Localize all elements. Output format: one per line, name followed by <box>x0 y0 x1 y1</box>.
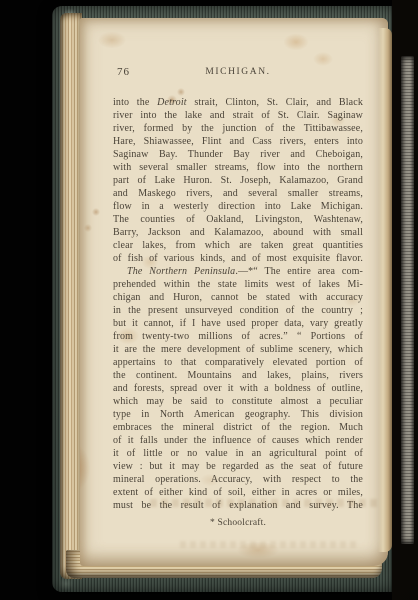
text-run: it are the mere development of sublime s… <box>113 344 363 355</box>
text-run: into the <box>113 97 157 108</box>
text-line: river, formed by the junction of the Tit… <box>113 122 363 135</box>
text-run: it of little or no value in an agricultu… <box>113 448 363 459</box>
page-header: 76 MICHIGAN. <box>113 66 363 80</box>
text-line: the continent. Mountains and lakes, plai… <box>113 369 363 382</box>
text-run: Hare, Shiawassee, Flint and Cass rivers,… <box>113 136 363 147</box>
text-run: and Maskego rivers, and several smaller … <box>113 188 363 199</box>
text-run: clear lakes, from which are taken great … <box>113 240 363 251</box>
body-text: into the Detroit strait, Clinton, St. Cl… <box>113 96 363 512</box>
text-run: extent of either kind of soil, either in… <box>113 487 363 498</box>
text-line: but it cannot, if I have used proper dat… <box>113 317 363 330</box>
text-line: mineral operations. Accuracy, with respe… <box>113 473 363 486</box>
book-page: 76 MICHIGAN. into the Detroit strait, Cl… <box>80 18 388 566</box>
footnote: * Schoolcraft. <box>113 518 363 528</box>
text-run: the continent. Mountains and lakes, plai… <box>113 370 363 381</box>
text-line: Hare, Shiawassee, Flint and Cass rivers,… <box>113 135 363 148</box>
italic-text-run: Detroit <box>157 97 187 108</box>
text-line: embraces the mineral district of the reg… <box>113 421 363 434</box>
text-run: mineral operations. Accuracy, with respe… <box>113 474 363 485</box>
text-run: Saginaw Bay. Thunder Bay river and Chebo… <box>113 149 363 160</box>
text-line: it are the mere development of sublime s… <box>113 343 363 356</box>
text-line: and Maskego rivers, and several smaller … <box>113 187 363 200</box>
text-run: of fish of various kinds, and of most ex… <box>113 253 363 264</box>
text-line: in the present unsurveyed condition of t… <box>113 304 363 317</box>
text-run: The counties of Oakland, Livingston, Was… <box>113 214 363 225</box>
text-line: and forests, spread over it with a boldn… <box>113 382 363 395</box>
text-line: prehended within the state limits west o… <box>113 278 363 291</box>
text-run: prehended within the state limits west o… <box>113 279 363 290</box>
facing-page-sliver <box>401 56 414 544</box>
running-head: MICHIGAN. <box>113 67 363 77</box>
text-line: The counties of Oakland, Livingston, Was… <box>113 213 363 226</box>
text-run: river, formed by the junction of the Tit… <box>113 123 363 134</box>
text-run: from twenty-two millions of acres.” “ Po… <box>113 331 363 342</box>
text-run: .—*“ The entire area com- <box>235 266 363 277</box>
text-run: flow in a westerly direction into Lake M… <box>113 201 363 212</box>
text-line: type in North American geography. This d… <box>113 408 363 421</box>
text-run: with several smaller streams, flow into … <box>113 162 363 173</box>
text-line: into the Detroit strait, Clinton, St. Cl… <box>113 96 363 109</box>
text-run: Barry, Jackson and Kalamazoo, abound wit… <box>113 227 363 238</box>
italic-text-run: The Northern Peninsula <box>127 266 235 277</box>
text-line: clear lakes, from which are taken great … <box>113 239 363 252</box>
text-line: from twenty-two millions of acres.” “ Po… <box>113 330 363 343</box>
text-run: appertains to that comparatively elevate… <box>113 357 363 368</box>
text-line: of fish of various kinds, and of most ex… <box>113 252 363 265</box>
text-line: view : but it may be regarded as the sea… <box>113 460 363 473</box>
text-run: which may be said to constitute almost a… <box>113 396 363 407</box>
text-line: must be the result of explanation and su… <box>113 499 363 512</box>
text-line: river into the lake and strait of St. Cl… <box>113 109 363 122</box>
page-curl-edge <box>378 28 392 552</box>
text-line: chigan and Huron, cannot be stated with … <box>113 291 363 304</box>
text-run: type in North American geography. This d… <box>113 409 363 420</box>
text-line: it of little or no value in an agricultu… <box>113 447 363 460</box>
text-line: with several smaller streams, flow into … <box>113 161 363 174</box>
text-run: part of Lake Huron. St. Joseph, Kalamazo… <box>113 175 363 186</box>
text-line: which may be said to constitute almost a… <box>113 395 363 408</box>
text-line: Saginaw Bay. Thunder Bay river and Chebo… <box>113 148 363 161</box>
text-line: appertains to that comparatively elevate… <box>113 356 363 369</box>
text-run: view : but it may be regarded as the sea… <box>113 461 363 472</box>
text-line: flow in a westerly direction into Lake M… <box>113 200 363 213</box>
text-line: The Northern Peninsula.—*“ The entire ar… <box>113 265 363 278</box>
page-edges-left <box>60 13 82 579</box>
text-run: of it falls under the influence of cause… <box>113 435 363 446</box>
text-run: but it cannot, if I have used proper dat… <box>113 318 363 329</box>
text-run: river into the lake and strait of St. Cl… <box>113 110 363 121</box>
text-run: chigan and Huron, cannot be stated with … <box>113 292 363 303</box>
text-run: embraces the mineral district of the reg… <box>113 422 363 433</box>
text-line: extent of either kind of soil, either in… <box>113 486 363 499</box>
book-photo: 76 MICHIGAN. into the Detroit strait, Cl… <box>0 0 418 600</box>
text-run: strait, Clinton, St. Clair, and Black <box>187 97 363 108</box>
text-run: must be the result of explanation and su… <box>113 500 363 511</box>
text-line: part of Lake Huron. St. Joseph, Kalamazo… <box>113 174 363 187</box>
text-line: of it falls under the influence of cause… <box>113 434 363 447</box>
text-run: in the present unsurveyed condition of t… <box>113 305 363 316</box>
gutter-shadow <box>392 0 418 600</box>
text-line: Barry, Jackson and Kalamazoo, abound wit… <box>113 226 363 239</box>
text-run: and forests, spread over it with a boldn… <box>113 383 363 394</box>
showthrough-smudge <box>180 541 360 548</box>
